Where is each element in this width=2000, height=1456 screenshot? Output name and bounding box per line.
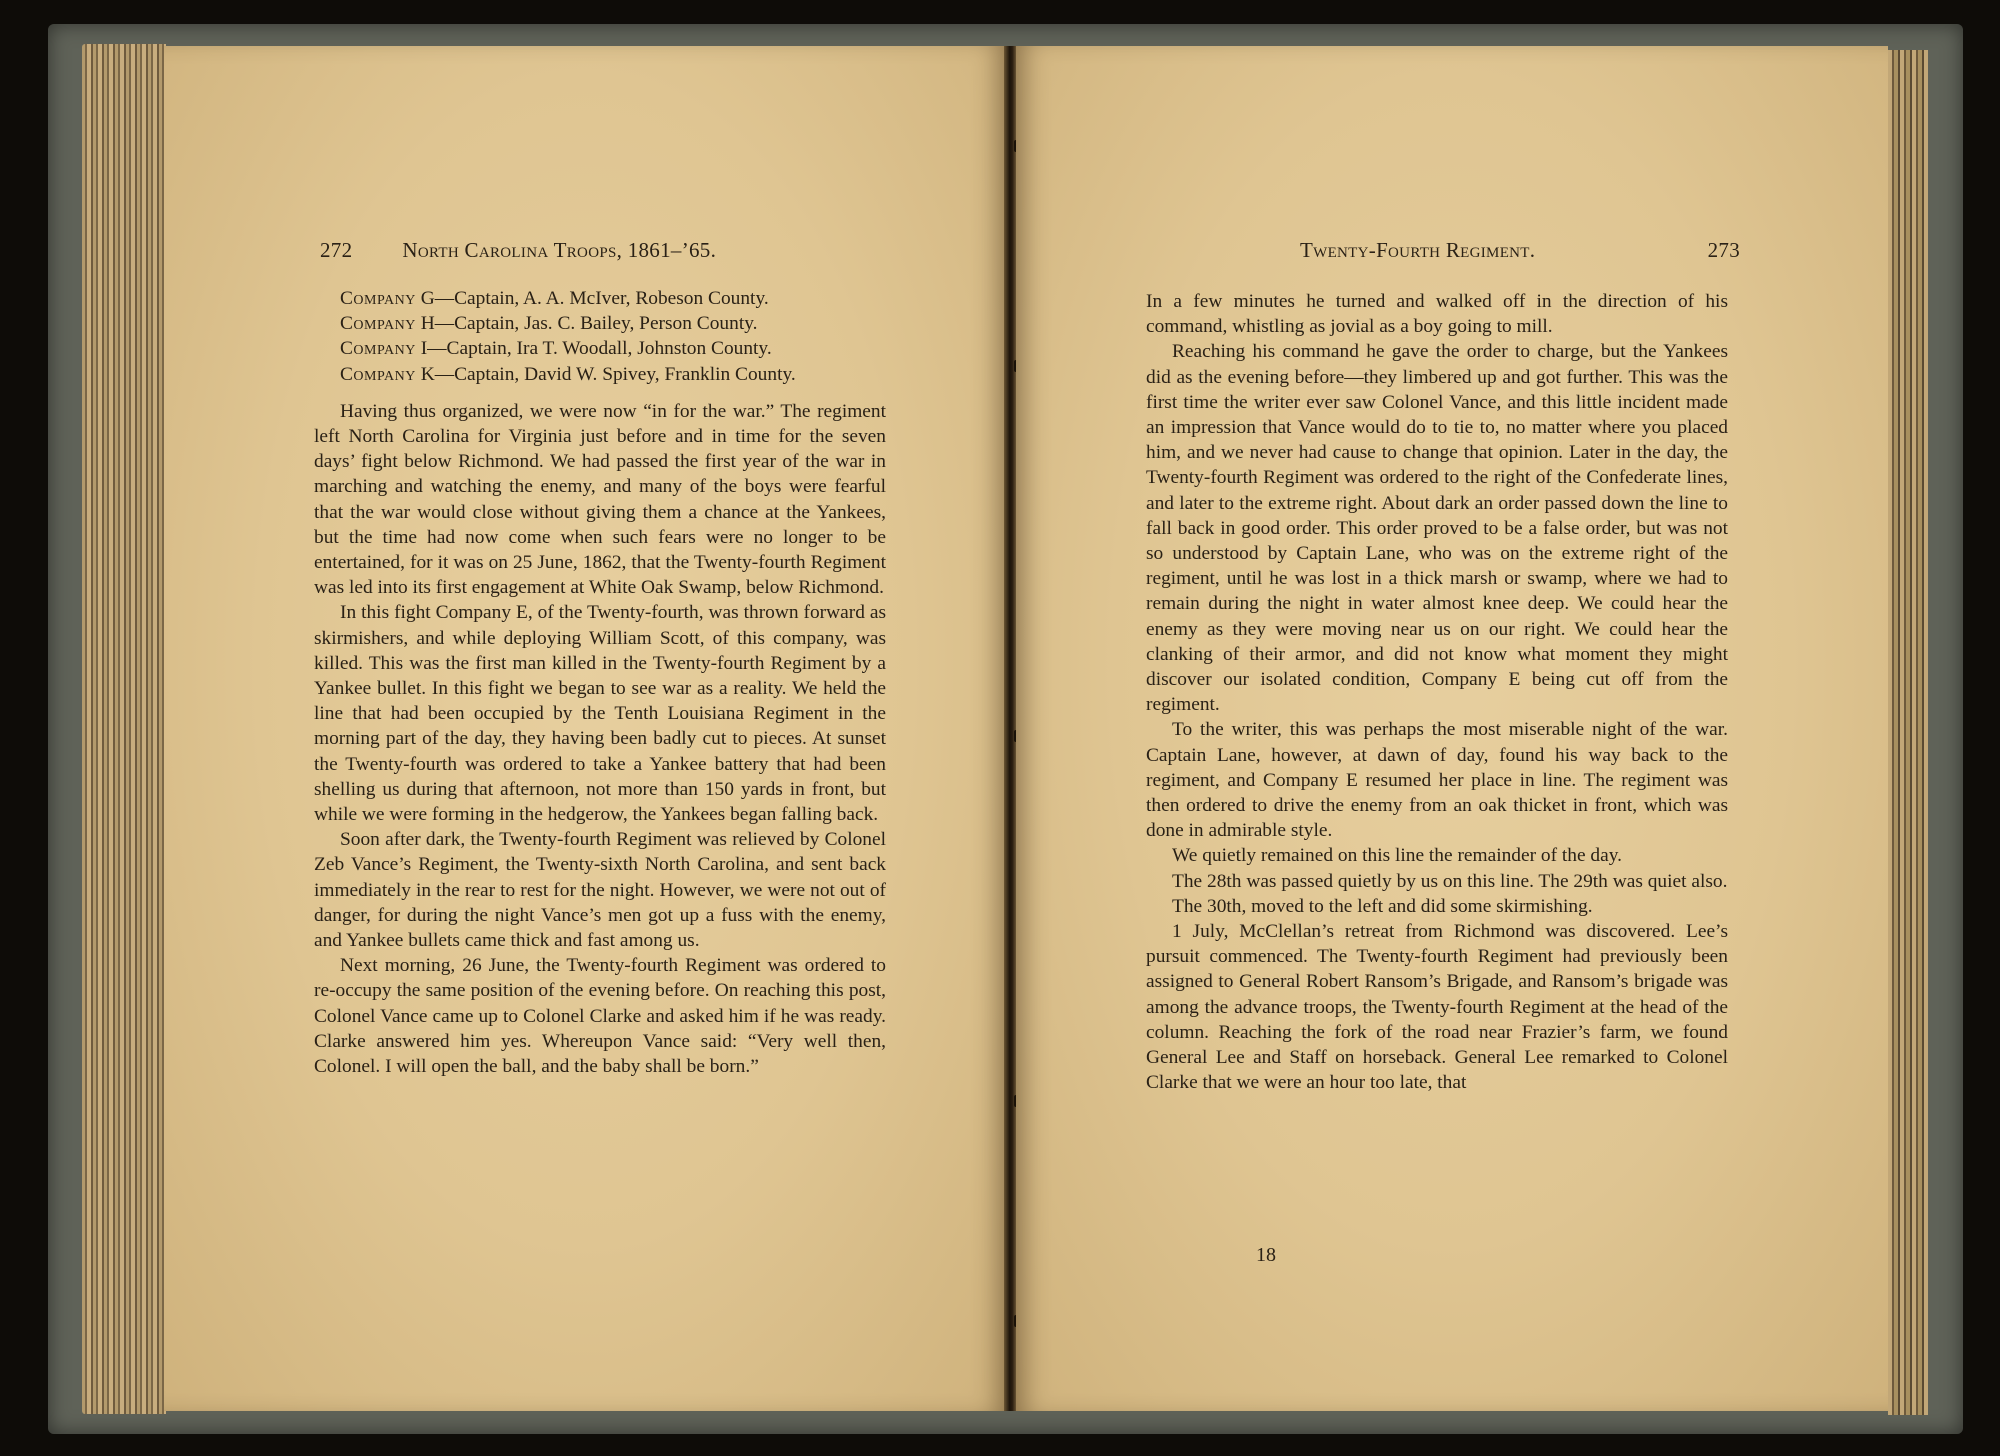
company-entry: Company K—Captain, David W. Spivey, Fran… (314, 362, 886, 387)
signature-mark: 18 (1256, 1244, 1276, 1267)
page-edges-left (82, 44, 166, 1414)
paragraph: We quietly remained on this line the rem… (1146, 843, 1728, 868)
paragraph: The 30th, moved to the left and did some… (1146, 894, 1728, 919)
page-number-right: 273 (1708, 238, 1740, 263)
right-running-header: Twenty-Fourth Regiment. 273 (1300, 238, 1740, 263)
left-page: 272 North Carolina Troops, 1861–’65. Com… (164, 46, 1006, 1411)
running-head-left: North Carolina Troops, 1861–’65. (402, 238, 716, 263)
company-entry: Company H—Captain, Jas. C. Bailey, Perso… (314, 311, 886, 336)
page-edges-right (1888, 50, 1928, 1415)
right-page: Twenty-Fourth Regiment. 273 In a few min… (1016, 46, 1888, 1411)
paragraph: The 28th was passed quietly by us on thi… (1146, 869, 1728, 894)
page-number-left: 272 (320, 238, 352, 263)
right-page-body: In a few minutes he turned and walked of… (1146, 289, 1728, 1096)
paragraph: To the writer, this was perhaps the most… (1146, 717, 1728, 843)
company-entry: Company I—Captain, Ira T. Woodall, Johns… (314, 336, 886, 361)
paragraph: Having thus organized, we were now “in f… (314, 399, 886, 601)
paragraph-continuation: In a few minutes he turned and walked of… (1146, 289, 1728, 339)
running-head-right: Twenty-Fourth Regiment. (1300, 238, 1535, 263)
paragraph: Reaching his command he gave the order t… (1146, 339, 1728, 717)
company-entry: Company G—Captain, A. A. McIver, Robeson… (314, 286, 886, 311)
paragraph: In this fight Company E, of the Twenty-f… (314, 600, 886, 827)
paragraph: Soon after dark, the Twenty-fourth Regim… (314, 827, 886, 953)
paragraph: 1 July, McClellan’s retreat from Richmon… (1146, 919, 1728, 1095)
paragraph: Next morning, 26 June, the Twenty-fourth… (314, 953, 886, 1079)
left-page-body: Company G—Captain, A. A. McIver, Robeson… (314, 286, 886, 1079)
left-running-header: 272 North Carolina Troops, 1861–’65. (320, 238, 960, 263)
